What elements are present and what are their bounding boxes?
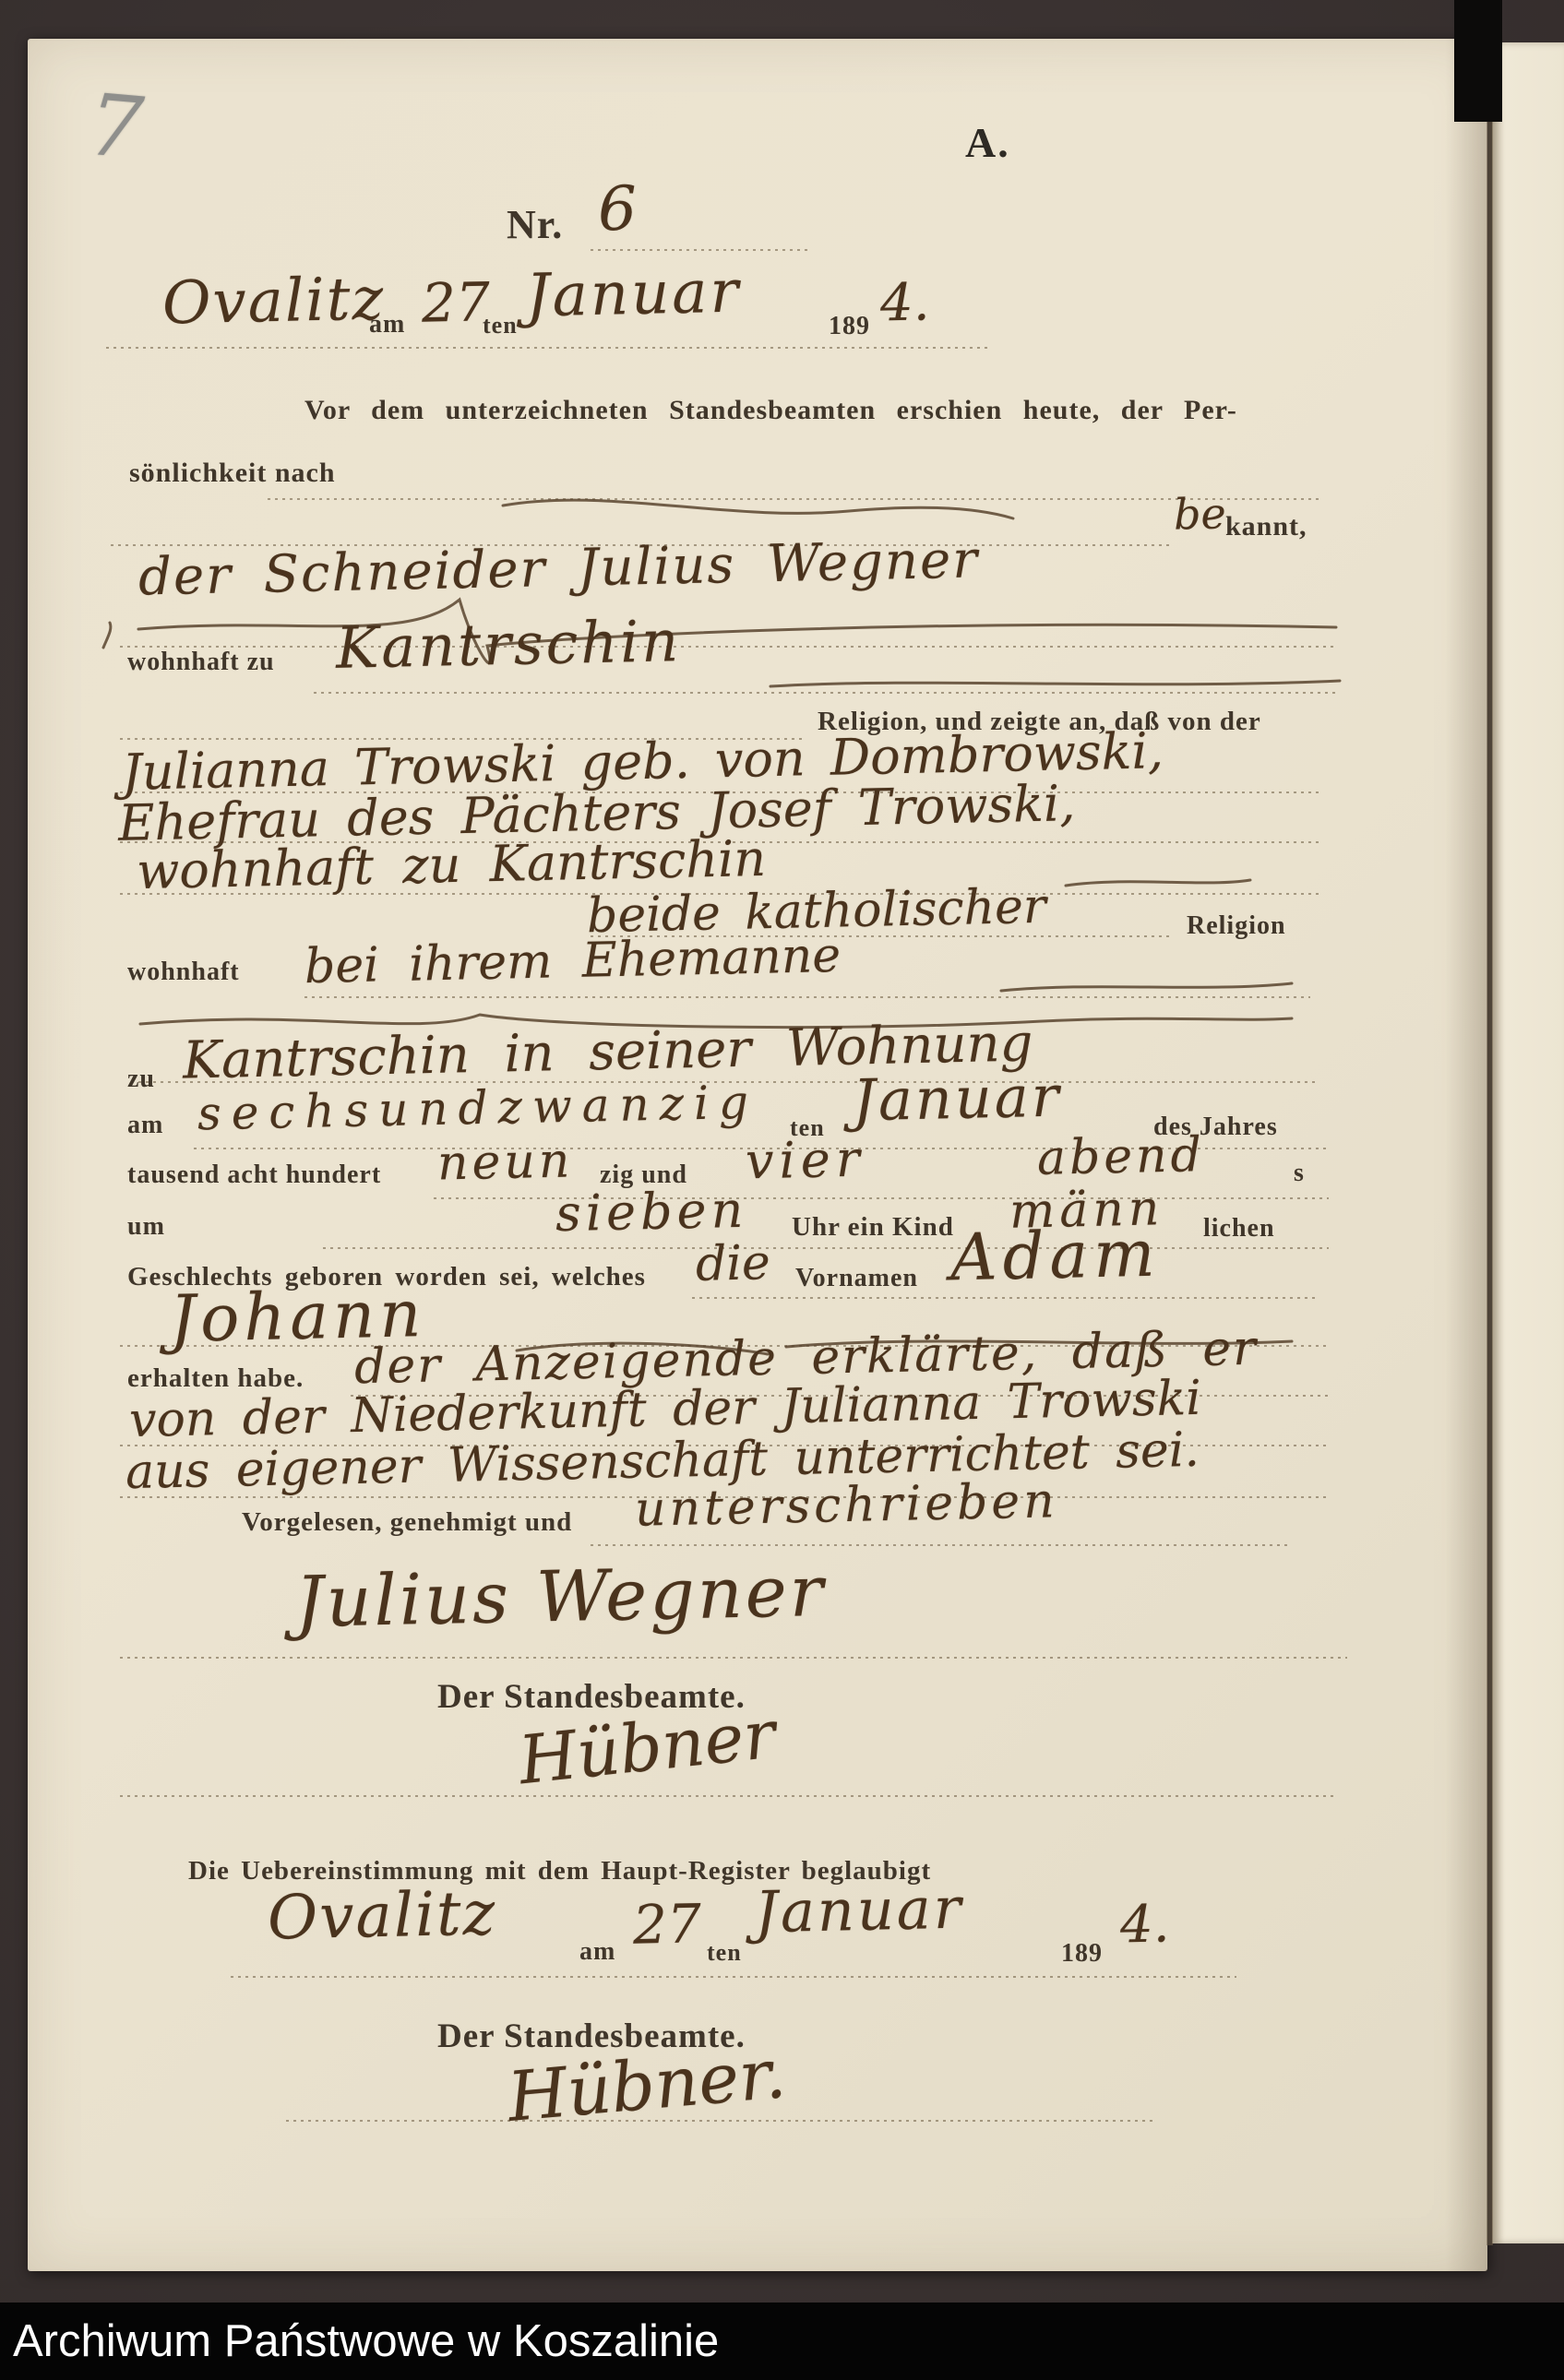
- residence-with-husband: bei ihrem Ehemanne: [304, 928, 841, 994]
- label-wohnhaft-zu: wohnhaft zu: [127, 648, 275, 677]
- certification-day-suffix: ten: [707, 1939, 742, 1967]
- dotted-rule: [231, 1976, 1236, 1978]
- dotted-rule: [120, 646, 1338, 648]
- archive-bar-label: Archiwum Państwowe w Koszalinie: [0, 2315, 719, 2367]
- dotted-rule: [323, 1247, 1329, 1249]
- certification-place: Ovalitz: [267, 1877, 497, 1953]
- dateline-year-printed: 189: [829, 312, 870, 341]
- pencil-page-number: 7: [84, 76, 147, 179]
- dateline-year-handwritten: 4.: [879, 272, 930, 333]
- label-uhr-ein-kind: Uhr ein Kind: [792, 1212, 954, 1243]
- dateline-month: Januar: [525, 258, 741, 331]
- dateline-am-label: am: [369, 310, 405, 339]
- handwritten-unterschrieben: unterschrieben: [634, 1473, 1058, 1538]
- dotted-rule: [591, 249, 807, 251]
- dotted-rule: [692, 1297, 1319, 1299]
- intro-line-2: sönlichkeit nach: [129, 458, 336, 489]
- adjacent-page-edge: [1492, 42, 1564, 2243]
- label-vornamen: Vornamen: [795, 1264, 918, 1293]
- time-of-day-handwritten: abend: [1036, 1127, 1205, 1186]
- label-s: s: [1294, 1159, 1305, 1188]
- certification-day: 27: [632, 1892, 701, 1957]
- dateline-day: 27: [421, 270, 490, 335]
- printed-kannt: kannt,: [1225, 511, 1307, 542]
- dateline-place: Ovalitz: [161, 265, 386, 338]
- dotted-rule: [120, 1657, 1347, 1659]
- year-tens-handwritten: neun: [436, 1133, 573, 1191]
- record-number-value: 6: [597, 173, 638, 245]
- birth-hour-handwritten: sieben: [555, 1181, 748, 1243]
- given-name-1: Adam: [949, 1216, 1161, 1296]
- dotted-rule: [591, 1544, 1292, 1546]
- declarant-residence: Kantrschin: [335, 607, 681, 682]
- dotted-rule: [304, 996, 1310, 998]
- label-am: am: [127, 1111, 163, 1140]
- year-ones-handwritten: vier: [745, 1130, 866, 1191]
- section-letter-a: A.: [965, 118, 1010, 167]
- birth-month: Januar: [852, 1063, 1062, 1135]
- certification-am-label: am: [579, 1937, 615, 1967]
- religion-printed-label: Religion: [1187, 911, 1286, 941]
- label-zu: zu: [127, 1065, 155, 1094]
- dotted-rule: [106, 347, 992, 349]
- certification-year-handwritten: 4.: [1119, 1894, 1170, 1955]
- dateline-day-suffix: ten: [483, 312, 518, 339]
- label-wohnhaft: wohnhaft: [127, 958, 240, 987]
- label-vorgelesen: Vorgelesen, genehmigt und: [242, 1507, 572, 1538]
- certification-month: Januar: [754, 1874, 964, 1946]
- label-um: um: [127, 1212, 165, 1242]
- binding-gap: [1454, 0, 1502, 122]
- article-die-handwritten: die: [695, 1235, 770, 1292]
- page-fold-crease: [1486, 39, 1493, 2245]
- dotted-rule: [268, 498, 1319, 500]
- handwritten-be: be: [1173, 488, 1226, 539]
- dotted-rule: [314, 692, 1338, 694]
- record-number-label: Nr.: [507, 201, 563, 248]
- declarant-signature: Julius Wegner: [294, 1550, 827, 1643]
- dotted-rule: [286, 2120, 1153, 2122]
- archive-watermark-bar: Archiwum Państwowe w Koszalinie: [0, 2303, 1564, 2380]
- label-tausend-acht-hundert: tausend acht hundert: [127, 1160, 381, 1190]
- label-lichen: lichen: [1203, 1214, 1275, 1244]
- certification-year-printed: 189: [1061, 1939, 1103, 1969]
- scanned-register-page: 7 A. Nr. 6 Ovalitz am 27 ten Januar 189 …: [0, 0, 1564, 2380]
- dotted-rule: [120, 1795, 1338, 1797]
- intro-line-1: Vor dem unterzeichneten Standesbeamten e…: [304, 395, 1237, 426]
